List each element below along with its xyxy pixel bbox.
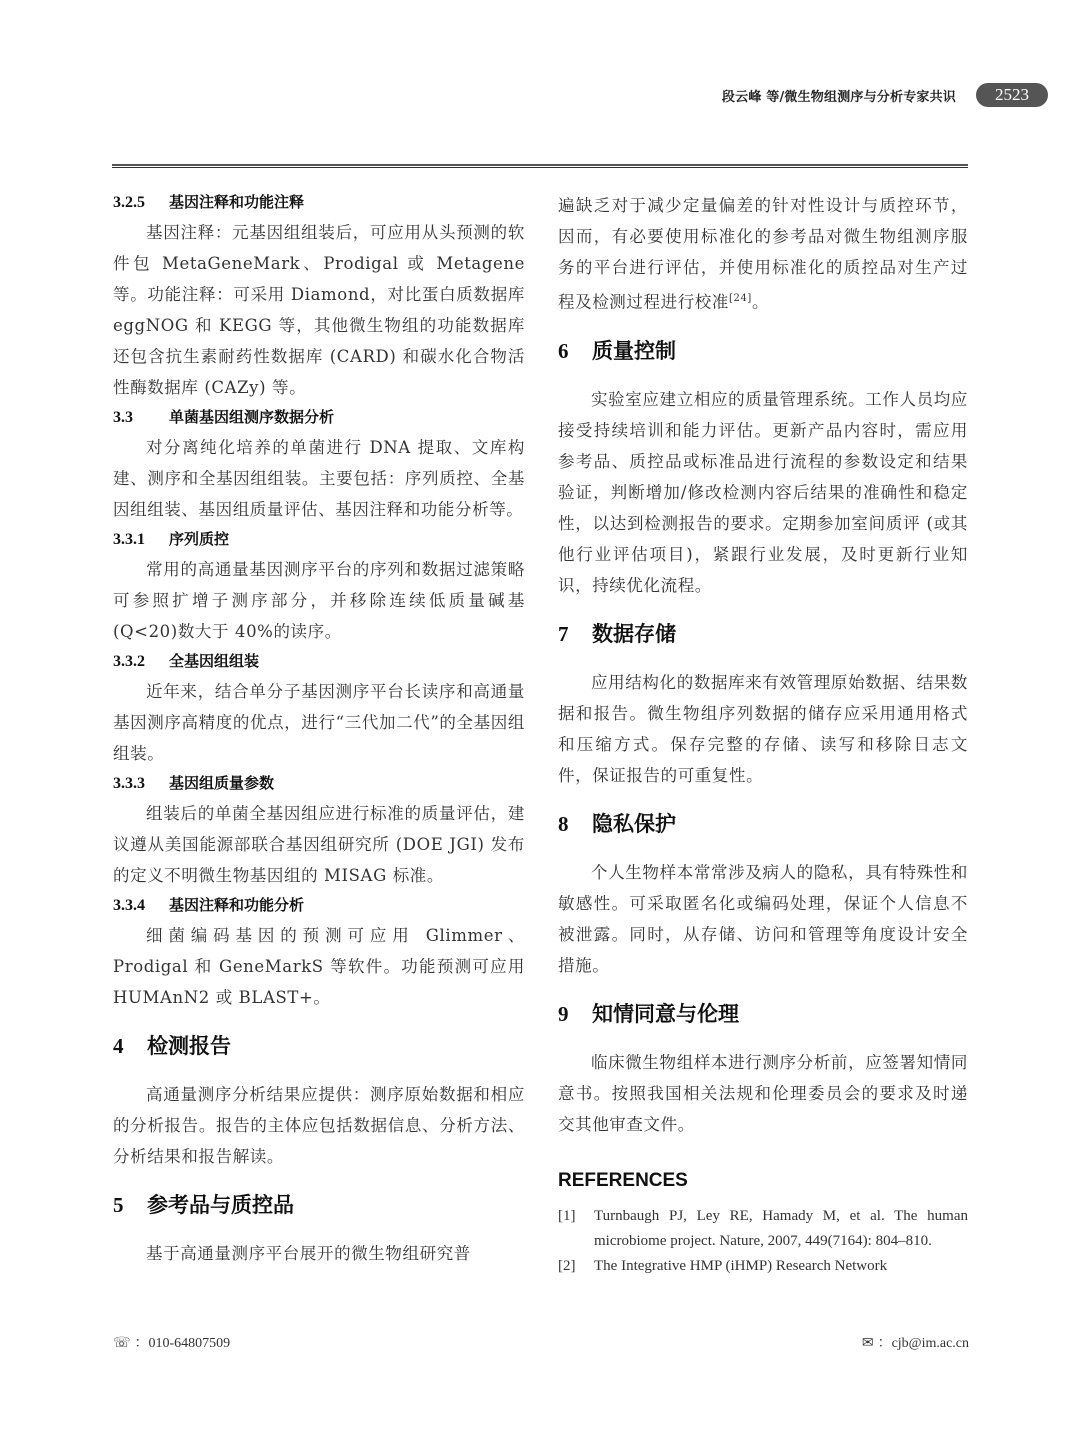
section-title: 单菌基因组测序数据分析 [169,408,334,426]
section-number: 3.3 [113,404,169,432]
footer-email: ✉：cjb@im.ac.cn [862,1332,969,1352]
section-title: 基因组质量参数 [169,774,274,792]
section-heading-3-3-1: 3.3.1序列质控 [113,525,525,554]
section-number: 3.3.2 [113,648,169,676]
section-title: 质量控制 [592,339,676,363]
section-number: 5 [113,1190,147,1220]
paragraph: 组装后的单菌全基因组应进行标准的质量评估，建议遵从美国能源部联合基因组研究所 (… [113,798,525,891]
phone-number: ：010-64807509 [135,1336,231,1351]
paragraph-continued: 遍缺乏对于减少定量偏差的针对性设计与质控环节，因而，有必要使用标准化的参考品对微… [558,190,968,318]
reference-item: [1] Turnbaugh PJ, Ley RE, Hamady M, et a… [558,1204,968,1254]
section-title: 隐私保护 [592,812,676,836]
page-number-badge: 2523 [976,83,1048,107]
paragraph: 细菌编码基因的预测可应用 Glimmer、Prodigal 和 GeneMark… [113,920,525,1013]
header-rule [112,164,968,168]
paragraph: 个人生物样本常常涉及病人的隐私，具有特殊性和敏感性。可采取匿名化或编码处理，保证… [558,857,968,981]
section-title: 基因注释和功能注释 [169,193,304,211]
section-title: 参考品与质控品 [147,1193,294,1217]
reference-text: Turnbaugh PJ, Ley RE, Hamady M, et al. T… [594,1204,968,1254]
reference-item: [2] The Integrative HMP (iHMP) Research … [558,1254,968,1279]
section-heading-3-2-5: 3.2.5基因注释和功能注释 [113,188,525,217]
reference-number: [1] [558,1204,594,1254]
section-number: 3.3.4 [113,892,169,920]
paragraph-end: 。 [752,293,769,312]
envelope-icon: ✉ [862,1336,874,1351]
section-title: 基因注释和功能分析 [169,896,304,914]
section-number: 8 [558,809,592,839]
section-title: 数据存储 [592,622,676,646]
paragraph: 实验室应建立相应的质量管理系统。工作人员均应接受持续培训和能力评估。更新产品内容… [558,384,968,601]
section-heading-9: 9知情同意与伦理 [558,999,968,1029]
section-number: 6 [558,336,592,366]
section-heading-4: 4检测报告 [113,1031,525,1061]
section-number: 9 [558,999,592,1029]
section-heading-7: 7数据存储 [558,619,968,649]
paragraph: 应用结构化的数据库来有效管理原始数据、结果数据和报告。微生物组序列数据的储存应采… [558,667,968,791]
footer-phone: ☏：010-64807509 [113,1332,230,1352]
paragraph: 临床微生物组样本进行测序分析前，应签署知情同意书。按照我国相关法规和伦理委员会的… [558,1047,968,1140]
running-header: 段云峰 等/微生物组测序与分析专家共识 2523 [700,82,1070,108]
right-column: 遍缺乏对于减少定量偏差的针对性设计与质控环节，因而，有必要使用标准化的参考品对微… [558,190,968,1279]
paragraph: 近年来，结合单分子基因测序平台长读序和高通量基因测序高精度的优点，进行“三代加二… [113,676,525,769]
section-number: 4 [113,1031,147,1061]
paragraph: 高通量测序分析结果应提供：测序原始数据和相应的分析报告。报告的主体应包括数据信息… [113,1079,525,1172]
paragraph: 基因注释：元基因组组装后，可应用从头预测的软件包 MetaGeneMark、Pr… [113,217,525,403]
paragraph: 基于高通量测序平台展开的微生物组研究普 [113,1238,525,1269]
reference-text: The Integrative HMP (iHMP) Research Netw… [594,1254,968,1279]
section-title: 检测报告 [147,1034,231,1058]
section-number: 3.2.5 [113,189,169,217]
section-heading-6: 6质量控制 [558,336,968,366]
left-column: 3.2.5基因注释和功能注释 基因注释：元基因组组装后，可应用从头预测的软件包 … [113,188,525,1269]
email-address[interactable]: ：cjb@im.ac.cn [878,1336,969,1351]
references-heading: REFERENCES [558,1170,968,1192]
paragraph: 常用的高通量基因测序平台的序列和数据过滤策略可参照扩增子测序部分，并移除连续低质… [113,554,525,647]
section-number: 3.3.1 [113,526,169,554]
section-number: 3.3.3 [113,770,169,798]
phone-icon: ☏ [113,1336,131,1351]
section-title: 序列质控 [169,530,229,548]
section-heading-8: 8隐私保护 [558,809,968,839]
section-title: 全基因组组装 [169,652,259,670]
page-footer: ☏：010-64807509 ✉：cjb@im.ac.cn [113,1332,969,1352]
section-heading-3-3: 3.3单菌基因组测序数据分析 [113,403,525,432]
reference-number: [2] [558,1254,594,1279]
section-heading-3-3-2: 3.3.2全基因组组装 [113,647,525,676]
section-number: 7 [558,619,592,649]
paragraph: 对分离纯化培养的单菌进行 DNA 提取、文库构建、测序和全基因组组装。主要包括：… [113,432,525,525]
section-heading-5: 5参考品与质控品 [113,1190,525,1220]
section-heading-3-3-3: 3.3.3基因组质量参数 [113,769,525,798]
running-title: 段云峰 等/微生物组测序与分析专家共识 [722,86,956,105]
citation-link[interactable]: [24] [729,293,752,304]
section-heading-3-3-4: 3.3.4基因注释和功能分析 [113,891,525,920]
section-title: 知情同意与伦理 [592,1002,739,1026]
